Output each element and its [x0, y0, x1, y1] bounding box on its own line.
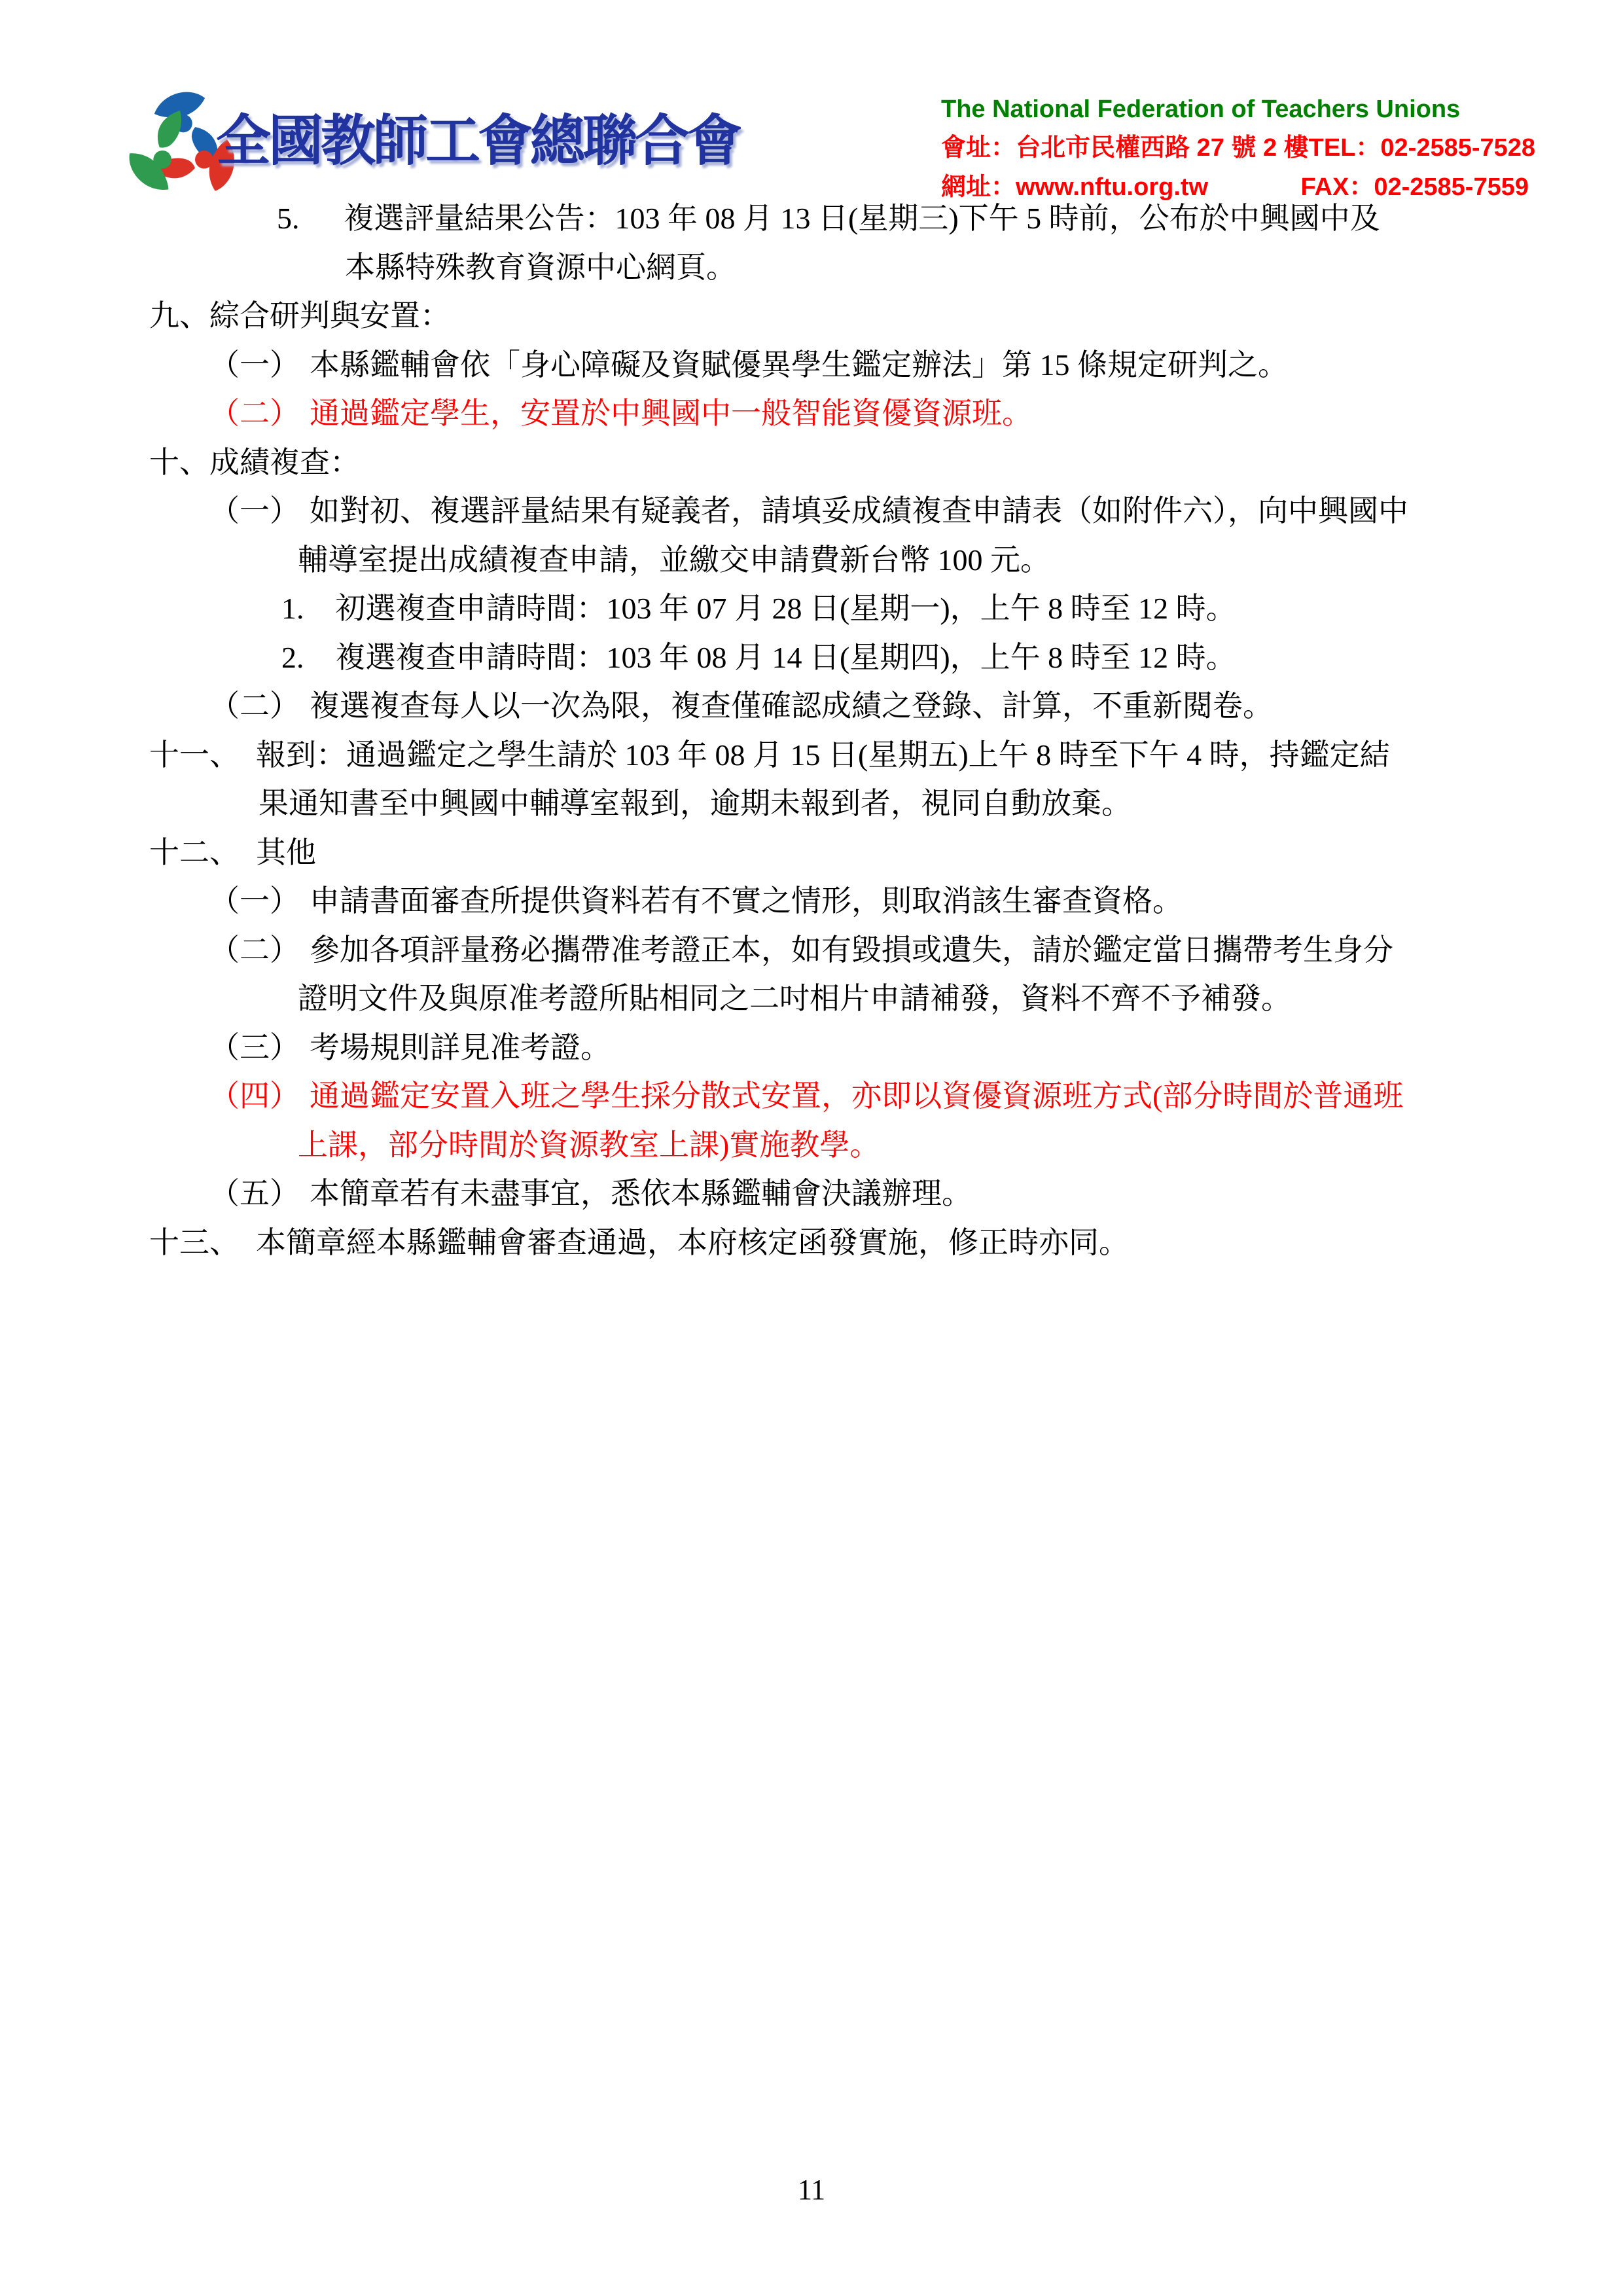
line-marker: （二）: [209, 682, 300, 731]
document-page: 全國教師工會總聯合會 The National Federation of Te…: [0, 0, 1623, 2296]
line-text: 通過鑑定安置入班之學生採分散式安置，亦即以資優資源班方式(部分時間於普通班: [310, 1079, 1403, 1113]
doc-line: 十、成績複查：: [0, 439, 1623, 488]
line-text: 參加各項評量務必攜帶准考證正本，如有毀損或遺失，請於鑑定當日攜帶考生身分: [310, 933, 1393, 967]
line-marker: 九、: [149, 292, 209, 341]
line-text: 考場規則詳見准考證。: [310, 1031, 611, 1064]
line-text: 複選評量結果公告：103 年 08 月 13 日(星期三)下午 5 時前，公布於…: [344, 202, 1380, 235]
line-text: 如對初、複選評量結果有疑義者，請填妥成績複查申請表（如附件六），向中興國中: [310, 494, 1408, 528]
line-text: 本縣鑑輔會依「身心障礙及資賦優異學生鑑定辦法」第 15 條規定研判之。: [310, 348, 1288, 382]
doc-line: 輔導室提出成績複查申請，並繳交申請費新台幣 100 元。: [0, 536, 1623, 585]
line-text: 本簡章若有未盡事宜，悉依本縣鑑輔會決議辦理。: [310, 1177, 972, 1210]
line-text: 輔導室提出成績複查申請，並繳交申請費新台幣 100 元。: [298, 543, 1050, 577]
line-marker: 十三、: [149, 1219, 240, 1268]
line-text: 申請書面審查所提供資料若有不實之情形，則取消該生審查資格。: [310, 884, 1183, 918]
line-marker: （一）: [209, 487, 300, 536]
line-marker: 1.: [281, 584, 304, 634]
doc-line: （一）本縣鑑輔會依「身心障礙及資賦優異學生鑑定辦法」第 15 條規定研判之。: [0, 341, 1623, 390]
line-marker: 2.: [281, 634, 304, 683]
doc-line: 果通知書至中興國中輔導室報到，逾期未報到者，視同自動放棄。: [0, 780, 1623, 829]
line-text: 初選複查申請時間：103 年 07 月 28 日(星期一)，上午 8 時至 12…: [336, 592, 1236, 625]
doc-line: （三）考場規則詳見准考證。: [0, 1024, 1623, 1073]
line-marker: （四）: [209, 1072, 300, 1121]
line-marker: （二）: [209, 389, 300, 439]
doc-line-highlighted: （四）通過鑑定安置入班之學生採分散式安置，亦即以資優資源班方式(部分時間於普通班: [0, 1072, 1623, 1121]
line-marker: 5.: [277, 194, 300, 243]
line-text: 其他: [256, 836, 316, 869]
org-name-en: The National Federation of Teachers Unio…: [941, 96, 1529, 124]
line-marker: （一）: [209, 877, 300, 926]
doc-line: （一）如對初、複選評量結果有疑義者，請填妥成績複查申請表（如附件六），向中興國中: [0, 487, 1623, 536]
doc-line: （五）本簡章若有未盡事宜，悉依本縣鑑輔會決議辦理。: [0, 1170, 1623, 1219]
line-marker: （三）: [209, 1024, 300, 1073]
line-text: 果通知書至中興國中輔導室報到，逾期未報到者，視同自動放棄。: [259, 787, 1132, 820]
line-marker: （五）: [209, 1170, 300, 1219]
doc-line: 證明文件及與原准考證所貼相同之二吋相片申請補發，資料不齊不予補發。: [0, 975, 1623, 1024]
doc-line: 十三、本簡章經本縣鑑輔會審查通過，本府核定函發實施，修正時亦同。: [0, 1219, 1623, 1268]
org-name-zh: 全國教師工會總聯合會: [216, 97, 746, 176]
doc-line: 1.初選複查申請時間：103 年 07 月 28 日(星期一)，上午 8 時至 …: [0, 584, 1623, 634]
line-text: 成績複查：: [209, 446, 360, 479]
line-text: 上課，部分時間於資源教室上課)實施教學。: [298, 1128, 880, 1162]
line-marker: 十、: [149, 439, 209, 488]
line-text: 本簡章經本縣鑑輔會審查通過，本府核定函發實施，修正時亦同。: [256, 1226, 1129, 1259]
page-number: 11: [0, 2173, 1623, 2206]
doc-line: 十二、其他: [0, 829, 1623, 878]
doc-line: 2.複選複查申請時間：103 年 08 月 14 日(星期四)，上午 8 時至 …: [0, 634, 1623, 683]
line-marker: （一）: [209, 341, 300, 390]
line-marker: 十一、: [149, 731, 240, 780]
doc-line: （二）參加各項評量務必攜帶准考證正本，如有毀損或遺失，請於鑑定當日攜帶考生身分: [0, 926, 1623, 975]
doc-line: （一）申請書面審查所提供資料若有不實之情形，則取消該生審查資格。: [0, 877, 1623, 926]
doc-line: 九、綜合研判與安置：: [0, 292, 1623, 341]
line-text: 本縣特殊教育資源中心網頁。: [345, 251, 736, 284]
doc-line: 十一、報到：通過鑑定之學生請於 103 年 08 月 15 日(星期五)上午 8…: [0, 731, 1623, 780]
line-text: 報到：通過鑑定之學生請於 103 年 08 月 15 日(星期五)上午 8 時至…: [256, 738, 1390, 772]
line-text: 複選複查每人以一次為限，複查僅確認成績之登錄、計算，不重新閱卷。: [310, 689, 1273, 723]
doc-line-highlighted: 上課，部分時間於資源教室上課)實施教學。: [0, 1121, 1623, 1170]
line-text: 複選複查申請時間：103 年 08 月 14 日(星期四)，上午 8 時至 12…: [336, 641, 1236, 674]
doc-line-highlighted: （二）通過鑑定學生，安置於中興國中一般智能資優資源班。: [0, 389, 1623, 439]
line-marker: （二）: [209, 926, 300, 975]
document-body: 5.複選評量結果公告：103 年 08 月 13 日(星期三)下午 5 時前，公…: [0, 194, 1623, 1267]
doc-line: 5.複選評量結果公告：103 年 08 月 13 日(星期三)下午 5 時前，公…: [0, 194, 1623, 243]
line-text: 綜合研判與安置：: [209, 299, 450, 332]
org-tel: TEL：02-2585-7528: [1309, 127, 1535, 163]
line-marker: 十二、: [149, 829, 240, 878]
line-text: 證明文件及與原准考證所貼相同之二吋相片申請補發，資料不齊不予補發。: [298, 982, 1291, 1015]
org-address: 會址：台北市民權西路 27 號 2 樓: [941, 127, 1309, 163]
doc-line: （二）複選複查每人以一次為限，複查僅確認成績之登錄、計算，不重新閱卷。: [0, 682, 1623, 731]
doc-line: 本縣特殊教育資源中心網頁。: [0, 243, 1623, 293]
letterhead-contact: The National Federation of Teachers Unio…: [941, 96, 1529, 202]
line-text: 通過鑑定學生，安置於中興國中一般智能資優資源班。: [310, 397, 1032, 430]
